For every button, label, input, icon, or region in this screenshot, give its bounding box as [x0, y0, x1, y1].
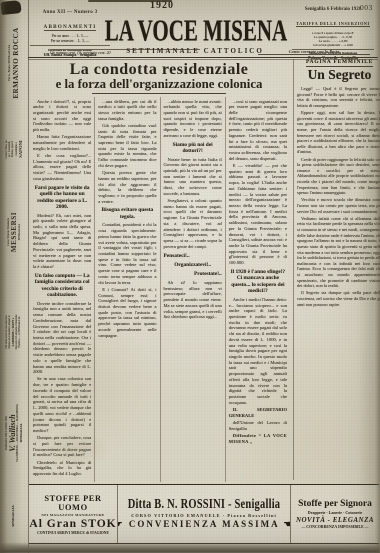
signature-org: dell'Unione del Lavoro di Senigallia	[229, 420, 287, 431]
signature-role: IL SEGRETARIO GENERALE	[229, 407, 287, 418]
article-paragraph: E i Comuni? Ai dotti sì, i Comuni, sempr…	[98, 287, 156, 338]
article-paragraph: Notate bene: in tutta Italia il Governo …	[164, 157, 222, 197]
main-headline-line2: e la forza dell'organizzazione colonica	[30, 77, 288, 92]
ad-stoffe-uomo-title: STOFFE PER UOMO	[29, 494, 117, 512]
article-paragraph: Hanno fatta l'organizzazione naturalment…	[33, 134, 91, 151]
ad-goods-line: casalinghe e	[15, 142, 18, 156]
article-subhead: Siamo più noi dei dottori?!	[164, 142, 222, 155]
article-paragraph: E — vivaddio! — poi che quattro anni di …	[229, 163, 287, 266]
article-paragraph: Svegliatevi, o coloni: quanto meno hanno…	[164, 198, 222, 249]
abbonamenti-title: ABBONAMENTI	[44, 24, 97, 31]
ad-bottom-mark-text: SENIGALLIA	[12, 505, 16, 526]
tariff-line: Gli avvisi giudiziali . . » 0,90	[292, 43, 374, 47]
ad-stoffe-uomo: STOFFE PER UOMO NEI MAGAZZINI MANIFATTUR…	[29, 485, 117, 543]
section-kicker-text: PAGINA FEMMINILE	[306, 59, 373, 67]
article-call-pensateci: Pensateci!..	[164, 253, 222, 259]
femminile-paragraph: Vediamo infatti come chi si allontana da…	[297, 216, 380, 289]
ad-stoffe-signora-note: — CONCORRENZA IMPOSSIBILE —	[301, 525, 368, 529]
article-paragraph: Anche i dottori?!, sì, proprio anche i d…	[33, 99, 91, 133]
ad-messersi-line: Corso Vittorio Emanuele	[7, 218, 10, 246]
ad-rocca-address: Via G. Bruno SENIGALLIA	[8, 45, 12, 82]
article-subhead: Un falso computo — La famiglia considera…	[33, 273, 91, 299]
article-paragraph: ...abbia messo le mani avanti: serbando …	[164, 99, 222, 139]
article-body: Anche i dottori?!, sì, proprio anche i d…	[30, 97, 290, 482]
masthead-title: LA VOCE MISENA	[94, 13, 298, 49]
ad-rocca-name: ERMANNO ROCCA	[12, 27, 20, 98]
ad-goods-bold: SAPONI	[18, 140, 23, 157]
masthead-subtitle: SETTIMANALE CATTOLICO	[120, 47, 270, 55]
bottom-ads-band: STOFFE PER UOMO NEI MAGAZZINI MANIFATTUR…	[29, 484, 379, 544]
article-call-protestate: Protestate!..	[164, 271, 222, 277]
article-paragraph: Questa povera gente che hanno un reddito…	[98, 170, 156, 204]
femminile-paragraph: Il Segreto sta dunque qui: nella pace de…	[297, 290, 380, 307]
ad-messersi-name: MESSERSI	[10, 212, 18, 252]
section-kicker: PAGINA FEMMINILE	[297, 59, 380, 65]
ad-rossini-title: Ditta B. N. ROSSINI - Senigallia	[128, 497, 281, 511]
ad-elettrico-line: Elettrico — in SENIGALLIA	[19, 317, 22, 348]
ad-rossini: Ditta B. N. ROSSINI - Senigallia CORSO V…	[117, 485, 290, 543]
ad-rossini-slogan: ☛ CONVENIENZA MASSIMA ☚	[117, 519, 290, 530]
issue-date: Senigallia 6 Febbraio 1920	[292, 7, 374, 12]
scan-bottom-shadow	[0, 543, 380, 553]
ad-messersi-line: SENIGALLIA	[18, 224, 21, 241]
article-paragraph: Già qualche contadino vuol tanto di nota…	[98, 123, 156, 169]
ad-wallisch-line: SENIGALLIA	[20, 424, 23, 443]
article-subhead: Farsi pagare le visite da quelli che han…	[33, 185, 91, 211]
article-paragraph: ...una delibera, per cui dà il medico a …	[98, 99, 156, 122]
article-subhead: Bisogna evitare questa tegola.	[98, 207, 156, 220]
article-paragraph: Se in una casa colonica son due, tre e q…	[33, 376, 91, 433]
ad-stoffe-signora: Stoffe per Signora Drapperie - Lanerie -…	[290, 485, 379, 543]
year-mark: 1920	[150, 0, 174, 11]
diffondete-slogan: Diffondete “ LA VOCE MISENA „	[229, 433, 287, 444]
article-paragraph: ...così si sono organizzati non per esse…	[229, 99, 287, 162]
article-column-1: Anche i dottori?!, sì, proprio anche i d…	[30, 97, 94, 482]
page-right-edge	[375, 0, 380, 553]
article-column-4: ...così si sono organizzati non per esse…	[225, 97, 290, 482]
article-subhead: Il 1920 è l'anno sfinge!? Ci mancava anc…	[229, 269, 287, 295]
article-paragraph: Contadini, possidenti e chi la cosa rigu…	[98, 222, 156, 285]
femminile-paragraph: Leggi! — Qual è il Segreto per tornare g…	[297, 86, 380, 109]
article-column-3: ...abbia messo le mani avanti: serbando …	[160, 97, 225, 482]
article-call-organizzatevi: Organizzatevi!..	[164, 262, 222, 268]
article-column-2: ...una delibera, per cui dà il medico a …	[94, 97, 159, 482]
headline-rule	[92, 93, 226, 94]
ad-stoffe-uomo-note: CONTINUI ARRIVI MERCE di STAGIONE	[37, 531, 109, 535]
article-paragraph: Ah sì! lo sappiamo benissimo; allora non…	[164, 280, 222, 320]
article-paragraph: Modesti? Eh, cari miei, non più quando v…	[33, 213, 91, 270]
tariff-title: TARIFFA DELLE INSERZIONI	[296, 21, 370, 27]
article-paragraph: Dovete inoltre considerare la famiglia n…	[33, 301, 91, 375]
newspaper-page: Via G. Bruno SENIGALLIA ERMANNO ROCCA Co…	[0, 0, 380, 553]
femminile-title: Un Segreto	[297, 67, 380, 83]
ad-stoffe-signora-title: Stoffe per Signora	[298, 499, 372, 509]
ad-stoffe-signora-novita: NOVITÀ - ELEGANZA	[296, 516, 374, 524]
page-left-edge	[0, 0, 7, 553]
article-paragraph: E che cosa vogliono?... L'aumento sul gi…	[33, 153, 91, 182]
ad-stoffe-signora-sub: Drapperie - Lanerie - Cotonerie	[308, 510, 362, 515]
ad-gran-stok: Al Gran STOK	[29, 518, 116, 530]
masthead-right-box: Senigallia 6 Febbraio 1920 TARIFFA DELLE…	[292, 7, 374, 60]
paper-stain	[300, 120, 360, 210]
article-paragraph: Anche i medici l'hanno detto: e... facci…	[229, 297, 287, 406]
ad-stoffe-uomo-sub: NEI MAGAZZINI MANIFATTURE	[41, 513, 104, 517]
ad-rossini-address: CORSO VITTORIO EMANUELE - Piazza Rossell…	[131, 513, 277, 518]
paper-stain	[40, 430, 110, 470]
